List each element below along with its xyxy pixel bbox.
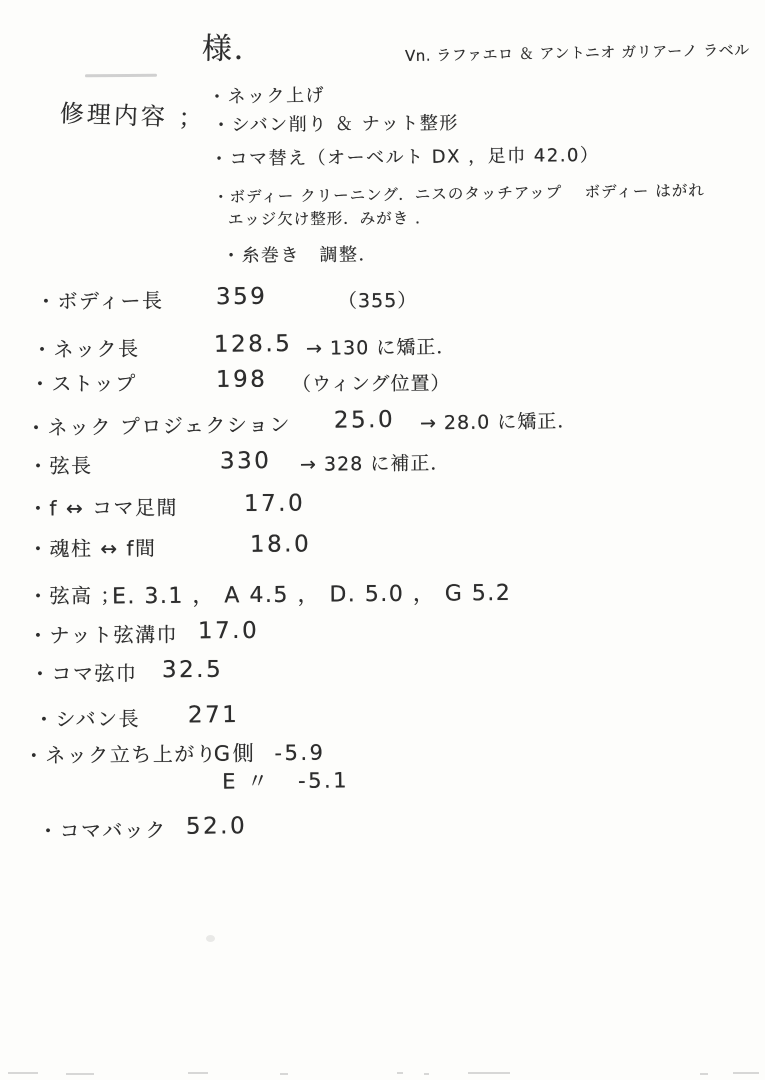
measurement-value: 198 xyxy=(216,367,268,393)
scan-noise xyxy=(700,1073,708,1075)
measurement-note: → 130 に矯正． xyxy=(306,332,457,361)
scan-noise xyxy=(733,1072,759,1074)
scan-noise xyxy=(66,1073,94,1075)
measurement-value: 52.0 xyxy=(186,813,247,840)
measurement-note: → 328 に補正． xyxy=(300,448,450,476)
measurement-label: ・コマバック xyxy=(38,814,167,844)
measurement-label: ・f ↔ コマ足間 xyxy=(28,491,178,521)
measurement-value: 17.0 xyxy=(244,491,305,517)
measurement-row: ・魂柱 ↔ f間 18.0 xyxy=(0,529,765,567)
repair-item: ・糸巻き 調整． xyxy=(222,240,378,267)
addressee-honorific: 様． xyxy=(202,23,267,68)
measurement-label: ・ナット弦溝巾 xyxy=(28,618,178,648)
measurement-row: ・コマバック 52.0 xyxy=(0,809,765,850)
measurement-label: ・シバン長 xyxy=(34,703,140,733)
scan-smudge xyxy=(206,935,215,942)
scanned-repair-note: 様． Vn. ラファエロ ＆ アントニオ ガリアーノ ラベル 修理内容 ； ・ネ… xyxy=(0,0,765,1080)
measurement-label: ・魂柱 ↔ f間 xyxy=(28,532,157,562)
scan-noise xyxy=(280,1073,288,1075)
scan-noise xyxy=(424,1073,429,1075)
measurement-value: 17.0 xyxy=(198,618,259,644)
measurement-value: 271 xyxy=(188,702,240,728)
repair-item: ・コマ替え（オーベルト DX ，足巾 42.0） xyxy=(210,141,600,171)
measurement-label: ・弦長 xyxy=(28,450,93,480)
repair-item: ・ネック上げ xyxy=(208,81,325,109)
measurement-row: ・ボディー長 359 （355） xyxy=(0,280,765,319)
erased-name-line xyxy=(85,74,157,78)
repair-item: ・シバン削り ＆ ナット整形 xyxy=(212,109,459,137)
measurement-value-line2: E 〃 -5.1 xyxy=(222,764,349,795)
repair-item: ・ボディー クリーニング．ニスのタッチアップ ボディー はがれ xyxy=(213,179,705,208)
section-title: 修理内容 ； xyxy=(59,93,206,133)
measurement-value: 128.5 xyxy=(214,331,293,358)
measurement-row: ・コマ弦巾 32.5 xyxy=(0,654,765,692)
measurement-value: 330 xyxy=(220,448,272,474)
measurement-row: ・f ↔ コマ足間 17.0 xyxy=(0,487,765,526)
measurement-row: ・弦高 ； E. 3.1 ， A 4.5 ， D. 5.0 ， G 5.2 xyxy=(0,574,765,615)
scan-noise xyxy=(188,1072,208,1074)
measurement-row: ・ストップ 198 （ウィング位置） xyxy=(0,364,765,402)
measurement-row: ・シバン長 271 xyxy=(0,698,765,737)
measurement-value: 25.0 xyxy=(334,407,396,434)
measurement-note: （ウィング位置） xyxy=(292,369,451,397)
measurement-label: ・弦高 ； xyxy=(28,579,122,609)
scan-noise xyxy=(468,1072,510,1074)
measurement-value: 359 xyxy=(216,284,268,310)
measurement-row: ・ナット弦溝巾 17.0 xyxy=(0,614,765,653)
scan-noise xyxy=(397,1072,403,1074)
measurement-value: 32.5 xyxy=(162,657,223,683)
measurement-note: → 28.0 に矯正． xyxy=(420,406,578,435)
measurement-label: ・ネック プロジェクション xyxy=(26,408,291,441)
measurement-row: ・ネック プロジェクション 25.0 → 28.0 に矯正． xyxy=(0,402,765,447)
measurement-label: ・ネック立ち上がり xyxy=(24,738,218,769)
measurement-value: G側 -5.9 xyxy=(214,737,326,768)
measurement-label: ・コマ弦巾 xyxy=(30,657,138,687)
measurement-row: ・ネック長 128.5 → 130 に矯正． xyxy=(0,326,765,368)
instrument-label: Vn. ラファエロ ＆ アントニオ ガリアーノ ラベル xyxy=(405,39,750,66)
scan-noise xyxy=(8,1072,38,1074)
measurement-value: E. 3.1 ， A 4.5 ， D. 5.0 ， G 5.2 xyxy=(112,576,512,610)
measurement-label: ・ネック長 xyxy=(32,333,140,363)
measurement-label: ・ストップ xyxy=(30,367,137,397)
repair-item: エッジ欠け整形．みがき ． xyxy=(228,206,432,229)
measurement-value: 18.0 xyxy=(250,531,311,557)
measurement-note: （355） xyxy=(338,286,417,314)
measurement-row: ・弦長 330 → 328 に補正． xyxy=(0,444,765,485)
measurement-row: ・ネック立ち上がり G側 -5.9 E 〃 -5.1 xyxy=(0,732,765,802)
measurement-label: ・ボディー長 xyxy=(36,285,164,315)
